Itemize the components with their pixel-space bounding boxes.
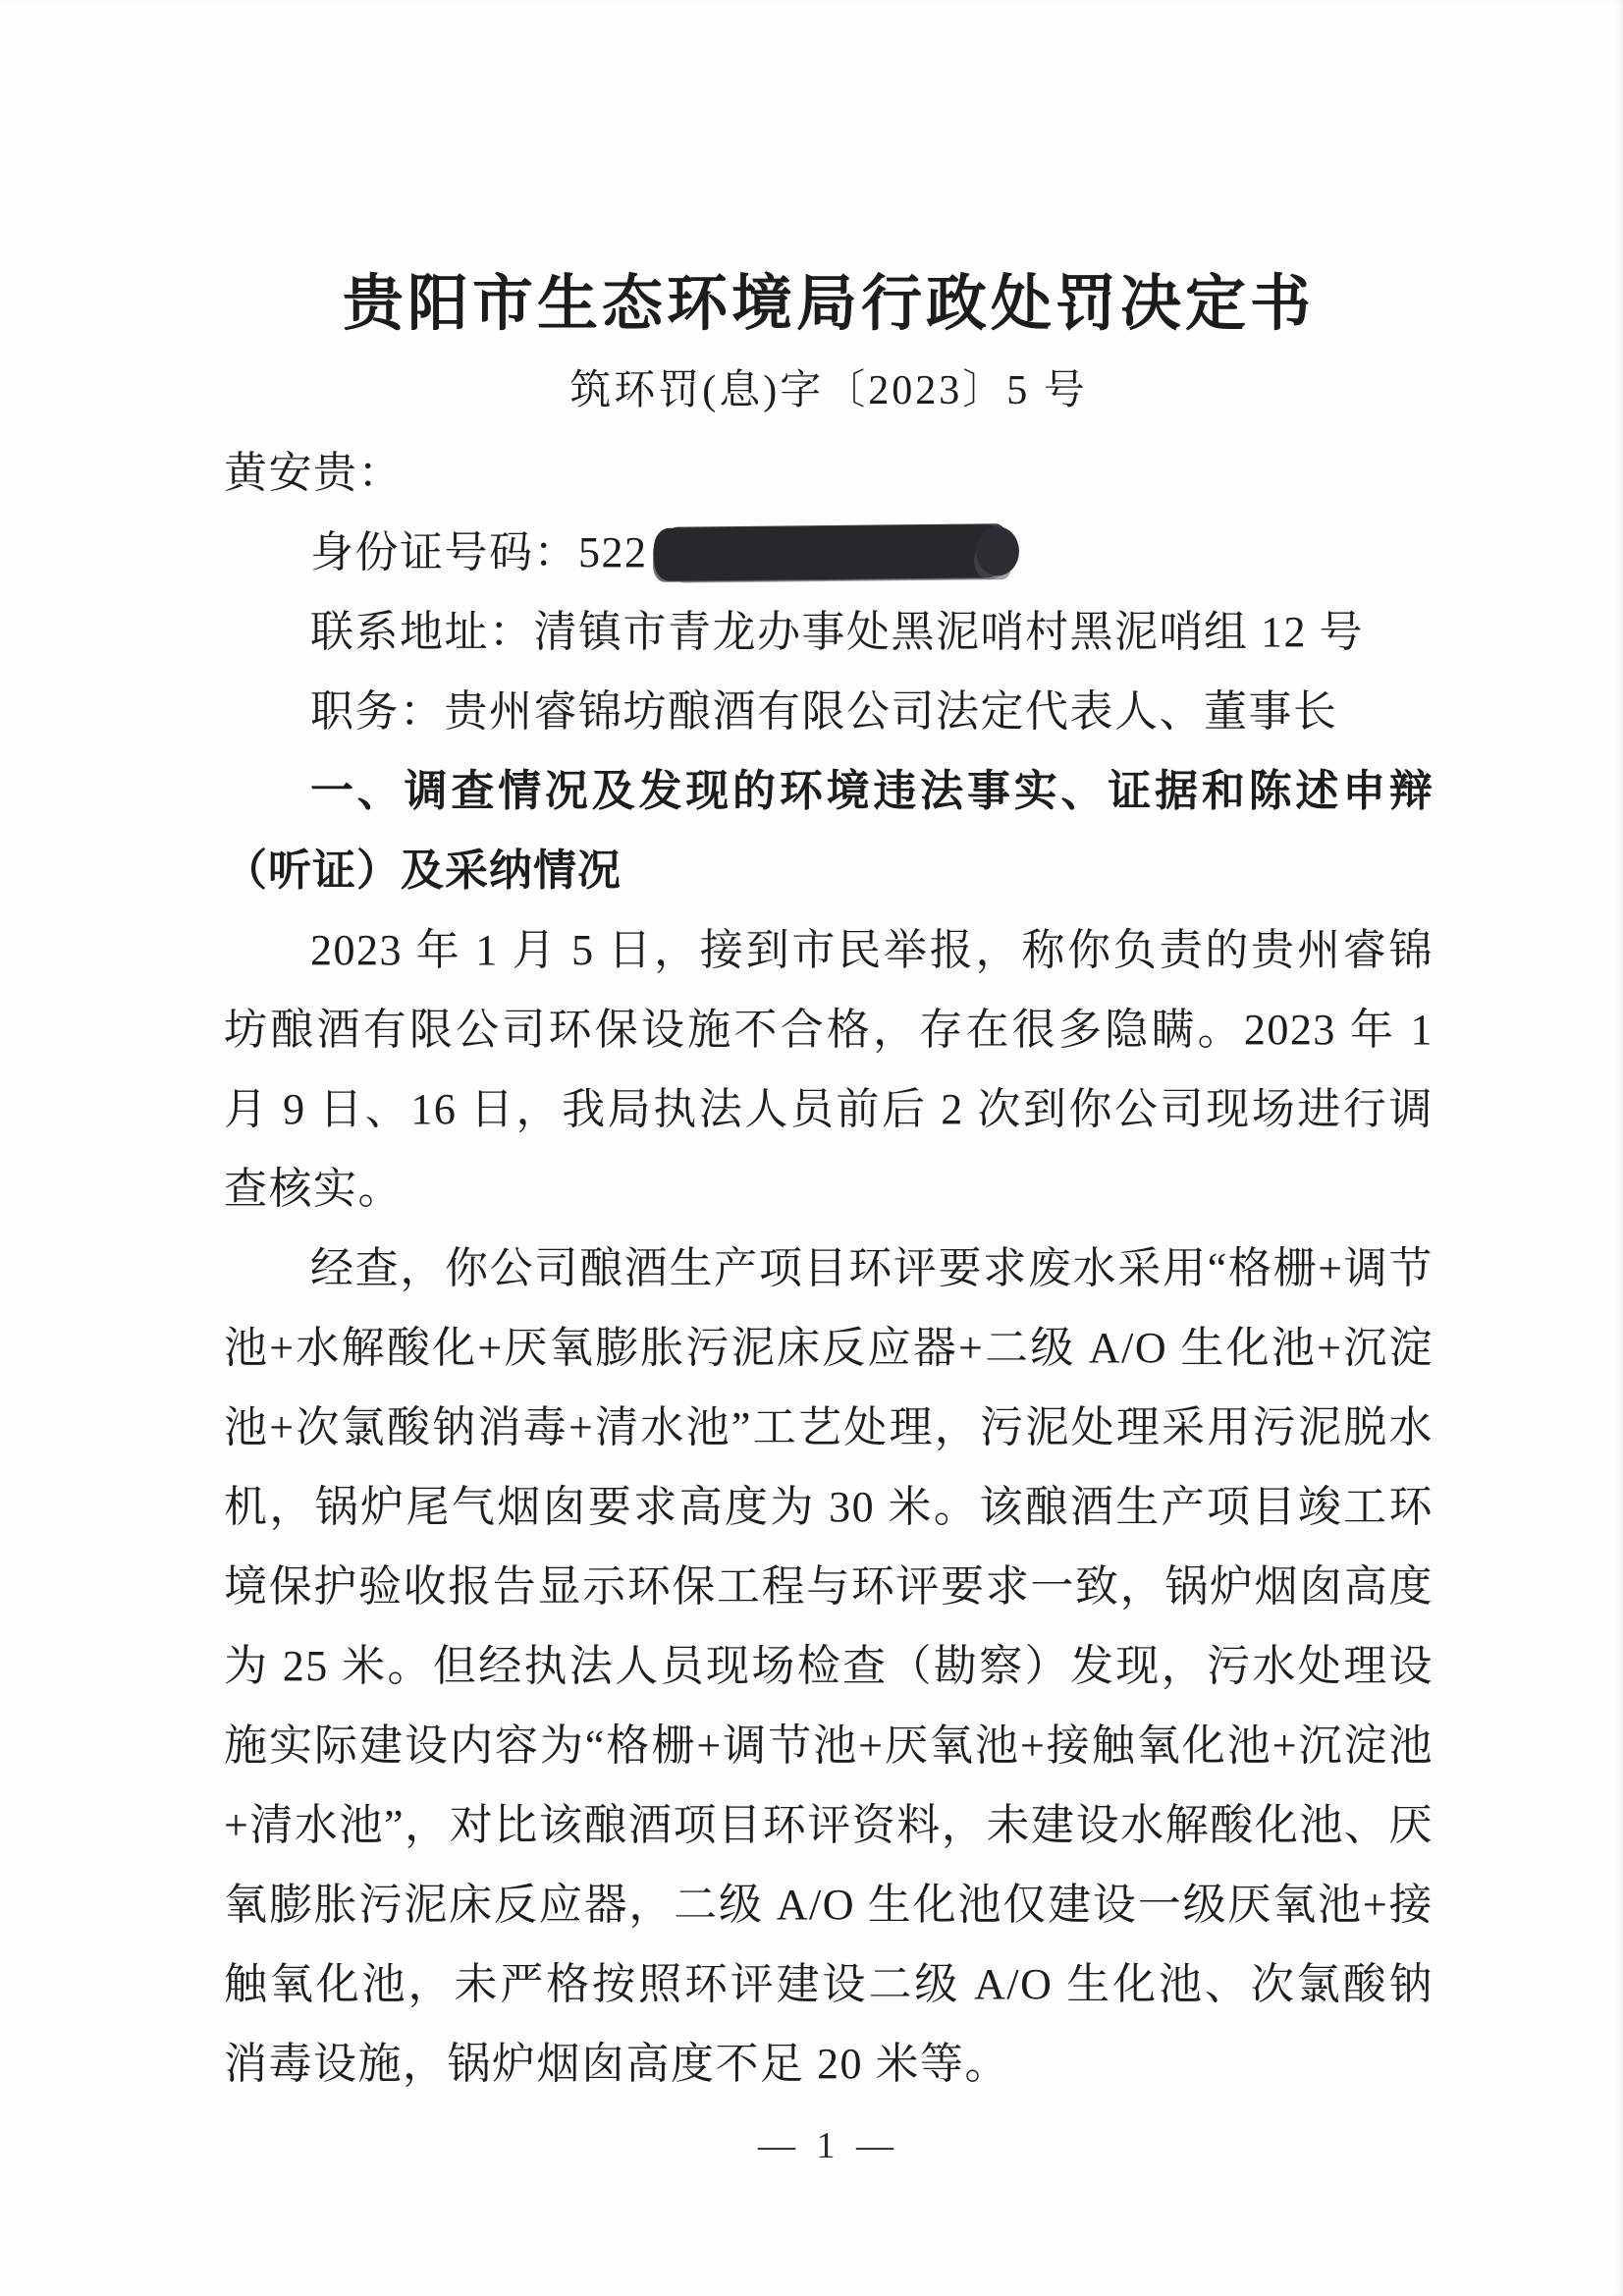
address-line: 联系地址：清镇市青龙办事处黑泥哨村黑泥哨组 12 号 (224, 592, 1434, 672)
address-value: 清镇市青龙办事处黑泥哨村黑泥哨组 12 号 (534, 608, 1365, 656)
salutation: 黄安贵： (224, 433, 1434, 513)
id-value-prefix: 522 (578, 528, 648, 576)
id-label: 身份证号码： (310, 528, 578, 576)
document-title: 贵阳市生态环境局行政处罚决定书 (224, 263, 1434, 346)
address-label: 联系地址： (310, 608, 534, 656)
id-line: 身份证号码：522 (224, 513, 1434, 592)
document-page: 贵阳市生态环境局行政处罚决定书 筑环罚(息)字〔2023〕5 号 黄安贵： 身份… (0, 0, 1623, 2296)
page-number: — 1 — (224, 2121, 1434, 2170)
position-value: 贵州睿锦坊酿酒有限公司法定代表人、董事长 (445, 687, 1338, 736)
position-line: 职务：贵州睿锦坊酿酒有限公司法定代表人、董事长 (224, 672, 1434, 751)
section-heading: 一、调查情况及发现的环境违法事实、证据和陈述申辩（听证）及采纳情况 (224, 751, 1434, 910)
paragraph-investigation: 2023 年 1 月 5 日，接到市民举报，称你负责的贵州睿锦坊酿酒有限公司环保… (224, 910, 1434, 1229)
document-number: 筑环罚(息)字〔2023〕5 号 (224, 361, 1434, 420)
paragraph-findings: 经查，你公司酿酒生产项目环评要求废水采用“格栅+调节池+水解酸化+厌氧膨胀污泥床… (224, 1229, 1434, 2104)
redaction-bar (653, 524, 1003, 581)
document-body: 黄安贵： 身份证号码：522 联系地址：清镇市青龙办事处黑泥哨村黑泥哨组 12 … (224, 433, 1434, 2104)
position-label: 职务： (310, 687, 445, 736)
